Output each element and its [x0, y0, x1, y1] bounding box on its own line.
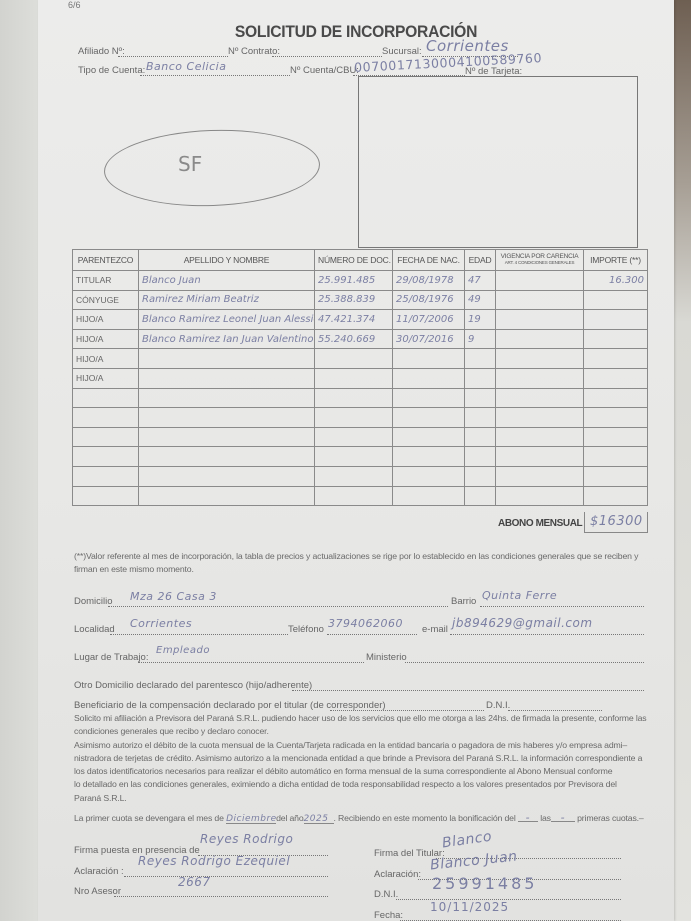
table-row: [73, 427, 648, 447]
firma-presencia-value: Reyes Rodrigo: [200, 832, 293, 846]
doc-cell[interactable]: [315, 447, 393, 467]
beneficiario-dni-label: D.N.I.: [486, 700, 510, 711]
family-table: PARENTEZCO APELLIDO Y NOMBRE NÚMERO DE D…: [72, 249, 648, 506]
importe-cell[interactable]: [584, 349, 648, 369]
background-left: [0, 0, 42, 921]
otro-domicilio-field[interactable]: [292, 680, 644, 691]
parentesco-cell: [73, 486, 139, 506]
col-importe: IMPORTE (**): [584, 250, 648, 271]
table-row: [73, 447, 648, 467]
ministerio-label: Ministerio: [366, 652, 407, 663]
edad-cell[interactable]: [465, 368, 496, 388]
fecha-cell[interactable]: [393, 466, 465, 486]
table-row: TITULARBlanco Juan25.991.48529/08/197847…: [73, 271, 648, 291]
nombre-cell[interactable]: [139, 486, 315, 506]
edad-cell[interactable]: [465, 349, 496, 369]
contrato-field[interactable]: [272, 46, 382, 57]
fecha-cell[interactable]: 25/08/1976: [393, 290, 465, 310]
legal-line: Paraná S.R.L.: [74, 792, 674, 805]
vigencia-cell[interactable]: [496, 310, 584, 330]
table-row: [73, 408, 648, 428]
beneficiario-dni-field[interactable]: [508, 700, 602, 711]
edad-cell[interactable]: 49: [465, 290, 496, 310]
fecha-cell[interactable]: 11/07/2006: [393, 310, 465, 330]
edad-cell[interactable]: [465, 466, 496, 486]
parentesco-cell: CÓNYUGE: [73, 290, 139, 310]
table-row: [73, 486, 648, 506]
doc-cell[interactable]: 25.991.485: [315, 271, 393, 291]
fecha-cell[interactable]: [393, 349, 465, 369]
parentesco-cell: [73, 466, 139, 486]
nombre-cell[interactable]: [139, 368, 315, 388]
nombre-cell[interactable]: [139, 349, 315, 369]
col-apellido-nombre: APELLIDO Y NOMBRE: [139, 250, 315, 271]
abono-mensual-label: ABONO MENSUAL: [498, 518, 582, 529]
domicilio-label: Domicilio: [74, 596, 113, 607]
oval-annotation-text: SF: [178, 152, 202, 176]
table-row: CÓNYUGERamirez Miriam Beatriz25.388.8392…: [73, 290, 648, 310]
aclaracion-left-label: Aclaración :: [74, 866, 124, 877]
vigencia-cell[interactable]: [496, 408, 584, 428]
fecha-value: 10/11/2025: [430, 900, 509, 914]
parentesco-cell: HIJO/A: [73, 349, 139, 369]
dni-titular-value: 25991485: [432, 874, 537, 893]
vigencia-cell[interactable]: [496, 427, 584, 447]
nombre-cell[interactable]: Blanco Juan: [139, 271, 315, 291]
afiliado-field[interactable]: [118, 46, 228, 57]
col-parentezco: PARENTEZCO: [73, 250, 139, 271]
importe-cell[interactable]: [584, 329, 648, 349]
vigencia-cell[interactable]: [496, 447, 584, 467]
page-number: 6/6: [68, 0, 81, 10]
edad-cell[interactable]: [465, 447, 496, 467]
edad-cell[interactable]: 47: [465, 271, 496, 291]
bonificacion-field[interactable]: -: [518, 811, 538, 822]
vigencia-cell[interactable]: [496, 271, 584, 291]
vigencia-cell[interactable]: [496, 486, 584, 506]
importe-cell[interactable]: 16.300: [584, 271, 648, 291]
email-label: e-mail: [422, 624, 448, 635]
beneficiario-field[interactable]: [330, 700, 484, 711]
email-value: jb894629@gmail.com: [452, 616, 593, 630]
importe-cell[interactable]: [584, 368, 648, 388]
col-fecha-nac: FECHA DE NAC.: [393, 250, 465, 271]
edad-cell[interactable]: [465, 486, 496, 506]
fecha-cell[interactable]: [393, 368, 465, 388]
nro-asesor-field[interactable]: [114, 886, 328, 897]
nombre-cell[interactable]: [139, 408, 315, 428]
table-row: HIJO/A: [73, 349, 648, 369]
table-row: HIJO/ABlanco Ramirez Ian Juan Valentino5…: [73, 329, 648, 349]
edad-cell[interactable]: [465, 388, 496, 408]
doc-cell[interactable]: [315, 427, 393, 447]
barrio-label: Barrio: [451, 596, 476, 607]
fecha-cell[interactable]: [393, 447, 465, 467]
parentesco-cell: [73, 427, 139, 447]
importe-cell[interactable]: [584, 388, 648, 408]
doc-cell[interactable]: [315, 368, 393, 388]
fecha-cell[interactable]: 29/08/1978: [393, 271, 465, 291]
vigencia-cell[interactable]: [496, 466, 584, 486]
parentesco-cell: [73, 388, 139, 408]
edad-cell[interactable]: [465, 427, 496, 447]
sucursal-label: Sucursal:: [382, 46, 422, 57]
legal-line: los datos identificatorios necesarios pa…: [74, 765, 674, 778]
legal-line: Asimismo autorizo el débito de la cuota …: [74, 739, 674, 752]
page-title: SOLICITUD DE INCORPORACIÓN: [63, 22, 648, 42]
anio-field[interactable]: 2025: [304, 813, 334, 824]
nombre-cell[interactable]: Ramirez Miriam Beatriz: [139, 290, 315, 310]
legal-line: nistradora de terjetas de crédito. Asimi…: [74, 752, 674, 765]
col-numero-doc: NÚMERO DE DOC.: [315, 250, 393, 271]
importe-cell[interactable]: [584, 310, 648, 330]
importe-cell[interactable]: [584, 408, 648, 428]
nombre-cell[interactable]: [139, 388, 315, 408]
edad-cell[interactable]: 9: [465, 329, 496, 349]
tipo-cuenta-label: Tipo de Cuenta:: [78, 65, 145, 76]
form-page: 6/6 SOLICITUD DE INCORPORACIÓN Afiliado …: [38, 0, 674, 921]
importe-cell[interactable]: [584, 466, 648, 486]
edad-cell[interactable]: [465, 408, 496, 428]
cuotas-field[interactable]: -: [551, 811, 575, 822]
background-right: [671, 0, 691, 921]
importe-cell[interactable]: [584, 447, 648, 467]
parentesco-cell: HIJO/A: [73, 368, 139, 388]
nombre-cell[interactable]: Blanco Ramirez Ian Juan Valentino: [139, 329, 315, 349]
importe-cell[interactable]: [584, 427, 648, 447]
parentesco-cell: HIJO/A: [73, 329, 139, 349]
table-row: [73, 388, 648, 408]
parentesco-cell: HIJO/A: [73, 310, 139, 330]
importe-cell[interactable]: [584, 290, 648, 310]
telefono-label: Teléfono: [288, 624, 324, 635]
parentesco-cell: [73, 447, 139, 467]
fecha-cell[interactable]: 30/07/2016: [393, 329, 465, 349]
table-header-row: PARENTEZCO APELLIDO Y NOMBRE NÚMERO DE D…: [73, 250, 648, 271]
telefono-value: 3794062060: [328, 617, 403, 630]
abono-mensual-value: $16300: [590, 514, 643, 529]
doc-cell[interactable]: [315, 486, 393, 506]
doc-cell[interactable]: [315, 408, 393, 428]
doc-cell[interactable]: [315, 466, 393, 486]
aclaracion-left-value: Reyes Rodrigo Ezequiel: [138, 854, 290, 868]
col-edad: EDAD: [465, 250, 496, 271]
edad-cell[interactable]: 19: [465, 310, 496, 330]
vigencia-cell[interactable]: [496, 368, 584, 388]
nombre-cell[interactable]: [139, 466, 315, 486]
legal-text: Solicito mi afiliación a Previsora del P…: [74, 712, 674, 805]
parentesco-cell: TITULAR: [73, 271, 139, 291]
table-row: HIJO/ABlanco Ramirez Leonel Juan Alessio…: [73, 310, 648, 330]
doc-cell[interactable]: [315, 349, 393, 369]
fecha-cell[interactable]: [393, 408, 465, 428]
doc-cell[interactable]: [315, 388, 393, 408]
col-vigencia: VIGENCIA POR CARENCIAART. 4 CONDICIONES …: [496, 250, 584, 271]
table-row: HIJO/A: [73, 368, 648, 388]
vigencia-cell[interactable]: [496, 290, 584, 310]
nombre-cell[interactable]: [139, 447, 315, 467]
vigencia-cell[interactable]: [496, 349, 584, 369]
legal-line: lo detallado en las condiciones generale…: [74, 778, 674, 791]
footnote: (**)Valor referente al mes de incorporac…: [74, 550, 654, 577]
nombre-cell[interactable]: [139, 427, 315, 447]
domicilio-value: Mza 26 Casa 3: [130, 590, 217, 603]
nro-asesor-value: 2667: [178, 875, 211, 889]
localidad-value: Corrientes: [130, 617, 192, 630]
doc-cell[interactable]: 55.240.669: [315, 329, 393, 349]
cuenta-cbu-label: Nº Cuenta/CBU:: [290, 65, 359, 76]
otro-domicilio-label: Otro Domicilio declarado del parentesco …: [74, 680, 312, 691]
barrio-value: Quinta Ferre: [482, 589, 557, 602]
doc-cell[interactable]: 25.388.839: [315, 290, 393, 310]
doc-cell[interactable]: 47.421.374: [315, 310, 393, 330]
mes-field[interactable]: Diciembre: [226, 813, 276, 824]
dni-titular-label: D.N.I.: [374, 889, 398, 900]
table-row: [73, 466, 648, 486]
ministerio-field[interactable]: [405, 652, 644, 663]
aclaracion-right-label: Aclaración:: [374, 869, 421, 880]
tipo-cuenta-value: Banco Celicia: [146, 60, 226, 73]
fecha-cell[interactable]: [393, 486, 465, 506]
legal-line: Solicito mi afiliación a Previsora del P…: [74, 712, 674, 725]
parentesco-cell: [73, 408, 139, 428]
trabajo-value: Empleado: [156, 645, 210, 656]
oval-annotation: [103, 126, 322, 209]
legal-line: condiciones generales que recibo y decla…: [74, 725, 674, 738]
vigencia-cell[interactable]: [496, 329, 584, 349]
primer-cuota-line: La primer cuota se devengara el mes de D…: [74, 811, 644, 825]
fecha-cell[interactable]: [393, 388, 465, 408]
importe-cell[interactable]: [584, 486, 648, 506]
fecha-cell[interactable]: [393, 427, 465, 447]
localidad-label: Localidad: [74, 624, 115, 635]
fecha-label: Fecha:: [374, 910, 403, 921]
nombre-cell[interactable]: Blanco Ramirez Leonel Juan Alessio: [139, 310, 315, 330]
vigencia-cell[interactable]: [496, 388, 584, 408]
photo-box: [358, 76, 638, 248]
